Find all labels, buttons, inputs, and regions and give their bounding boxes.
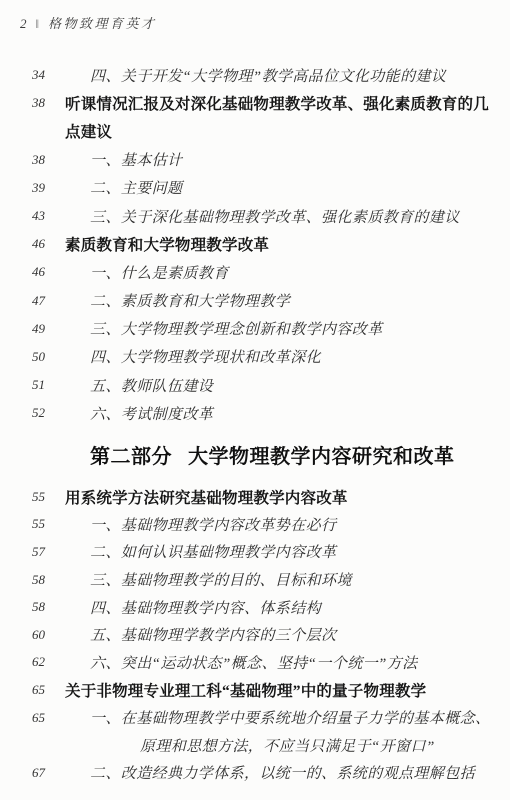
toc-entry-title: 二、主要问题 xyxy=(65,177,182,198)
toc-page-number: 46 xyxy=(32,264,65,280)
toc-entry: 34 四、关于开发“大学物理”教学高品位文化功能的建议 xyxy=(0,61,510,89)
toc-entry-continuation: 原理和思想方法，不应当只满足于“开窗口” xyxy=(0,731,510,759)
toc-entry: 58 四、基础物理教学内容、体系结构 xyxy=(0,593,510,621)
toc-entry-title: 素质教育和大学物理教学改革 xyxy=(65,233,269,255)
toc-page-number: 67 xyxy=(32,765,65,781)
toc-page-number: 50 xyxy=(32,349,65,365)
toc-entry: 43 三、关于深化基础物理教学改革、强化素质教育的建议 xyxy=(0,202,510,230)
toc-entry-title: 听课情况汇报及对深化基础物理教学改革、强化素质教育的几 xyxy=(65,92,489,114)
toc-page-number: 34 xyxy=(32,67,65,83)
toc-entry-title: 四、大学物理教学现状和改革深化 xyxy=(65,346,321,367)
toc-block-part1: 34 四、关于开发“大学物理”教学高品位文化功能的建议 38 听课情况汇报及对深… xyxy=(0,61,510,427)
toc-entry: 65 一、在基础物理教学中要系统地介绍量子力学的基本概念、 xyxy=(0,704,510,732)
header-separator-mark: ‖ xyxy=(36,17,40,32)
toc-page-number: 55 xyxy=(32,489,65,505)
toc-entry-title: 二、改造经典力学体系，以统一的、系统的观点理解包括 xyxy=(65,762,475,783)
toc-entry: 46 素质教育和大学物理教学改革 xyxy=(0,230,510,258)
toc-page-number: 38 xyxy=(32,152,65,168)
toc-page-number: 65 xyxy=(32,682,65,698)
toc-entry: 46 一、什么是素质教育 xyxy=(0,258,510,286)
toc-page-number: 46 xyxy=(32,236,65,252)
toc-entry: 38 一、基本估计 xyxy=(0,146,510,174)
toc-entry-title: 三、关于深化基础物理教学改革、强化素质教育的建议 xyxy=(65,206,460,227)
toc-page-number: 58 xyxy=(32,599,65,615)
part-heading-label: 第二部分 xyxy=(90,440,172,469)
toc-entry: 38 听课情况汇报及对深化基础物理教学改革、强化素质教育的几 xyxy=(0,89,510,117)
toc-entry-continuation: 点建议 xyxy=(0,117,510,145)
toc-entry-title: 一、基础物理教学内容改革势在必行 xyxy=(65,514,336,535)
toc-entry: 65 关于非物理专业理工科“基础物理”中的量子物理教学 xyxy=(0,676,510,704)
toc-entry-title: 原理和思想方法，不应当只满足于“开窗口” xyxy=(65,735,435,756)
header-page-number: 2 xyxy=(20,16,27,32)
toc-entry-title: 关于非物理专业理工科“基础物理”中的量子物理教学 xyxy=(65,679,426,701)
toc-block-part2: 55 用系统学方法研究基础物理教学内容改革 55 一、基础物理教学内容改革势在必… xyxy=(0,483,510,787)
toc-page-number: 51 xyxy=(32,377,65,393)
toc-entry-title: 五、教师队伍建设 xyxy=(65,375,213,396)
toc-entry-title: 六、突出“运动状态”概念、坚持“一个统一”方法 xyxy=(65,652,418,673)
toc-page-number: 58 xyxy=(32,572,65,588)
part-heading: 第二部分 大学物理教学内容研究和改革 xyxy=(90,440,455,469)
book-page: 2 ‖ 格物致理育英才 34 四、关于开发“大学物理”教学高品位文化功能的建议 … xyxy=(0,0,510,800)
toc-entry: 52 六、考试制度改革 xyxy=(0,399,510,427)
toc-page-number: 39 xyxy=(32,180,65,196)
toc-page-number: 62 xyxy=(32,654,65,670)
page-header: 2 ‖ 格物致理育英才 xyxy=(20,13,157,32)
toc-entry-title: 二、如何认识基础物理教学内容改革 xyxy=(65,541,336,562)
toc-page-number: 65 xyxy=(32,710,65,726)
toc-entry-title: 五、基础物理学教学内容的三个层次 xyxy=(65,624,336,645)
toc-entry: 60 五、基础物理学教学内容的三个层次 xyxy=(0,621,510,649)
toc-page-number: 52 xyxy=(32,405,65,421)
toc-entry: 67 二、改造经典力学体系，以统一的、系统的观点理解包括 xyxy=(0,759,510,787)
toc-entry: 39 二、主要问题 xyxy=(0,174,510,202)
part-heading-title: 大学物理教学内容研究和改革 xyxy=(188,440,455,469)
toc-entry: 58 三、基础物理教学的目的、目标和环境 xyxy=(0,566,510,594)
toc-entry: 49 三、大学物理教学理念创新和教学内容改革 xyxy=(0,315,510,343)
toc-page-number: 38 xyxy=(32,95,65,111)
header-book-title: 格物致理育英才 xyxy=(48,13,157,32)
toc-page-number: 43 xyxy=(32,208,65,224)
toc-entry: 55 一、基础物理教学内容改革势在必行 xyxy=(0,511,510,539)
toc-entry: 57 二、如何认识基础物理教学内容改革 xyxy=(0,538,510,566)
toc-entry: 47 二、素质教育和大学物理教学 xyxy=(0,287,510,315)
toc-page-number: 60 xyxy=(32,627,65,643)
toc-page-number: 49 xyxy=(32,321,65,337)
toc-entry-title: 一、基本估计 xyxy=(65,149,182,170)
toc-page-number: 47 xyxy=(32,293,65,309)
toc-entry-title: 四、基础物理教学内容、体系结构 xyxy=(65,597,321,618)
toc-entry-title: 二、素质教育和大学物理教学 xyxy=(65,290,290,311)
toc-page-number: 57 xyxy=(32,544,65,560)
toc-entry: 62 六、突出“运动状态”概念、坚持“一个统一”方法 xyxy=(0,649,510,677)
toc-entry-title: 四、关于开发“大学物理”教学高品位文化功能的建议 xyxy=(65,65,446,86)
toc-entry-title: 一、在基础物理教学中要系统地介绍量子力学的基本概念、 xyxy=(65,707,490,728)
toc-entry-title: 点建议 xyxy=(65,120,112,142)
toc-entry-title: 六、考试制度改革 xyxy=(65,403,213,424)
toc-page-number: 55 xyxy=(32,516,65,532)
toc-entry-title: 用系统学方法研究基础物理教学内容改革 xyxy=(65,486,348,508)
toc-entry: 50 四、大学物理教学现状和改革深化 xyxy=(0,343,510,371)
toc-entry: 55 用系统学方法研究基础物理教学内容改革 xyxy=(0,483,510,511)
toc-entry-title: 一、什么是素质教育 xyxy=(65,262,229,283)
toc-entry-title: 三、基础物理教学的目的、目标和环境 xyxy=(65,569,352,590)
toc-entry-title: 三、大学物理教学理念创新和教学内容改革 xyxy=(65,318,383,339)
toc-entry: 51 五、教师队伍建设 xyxy=(0,371,510,399)
